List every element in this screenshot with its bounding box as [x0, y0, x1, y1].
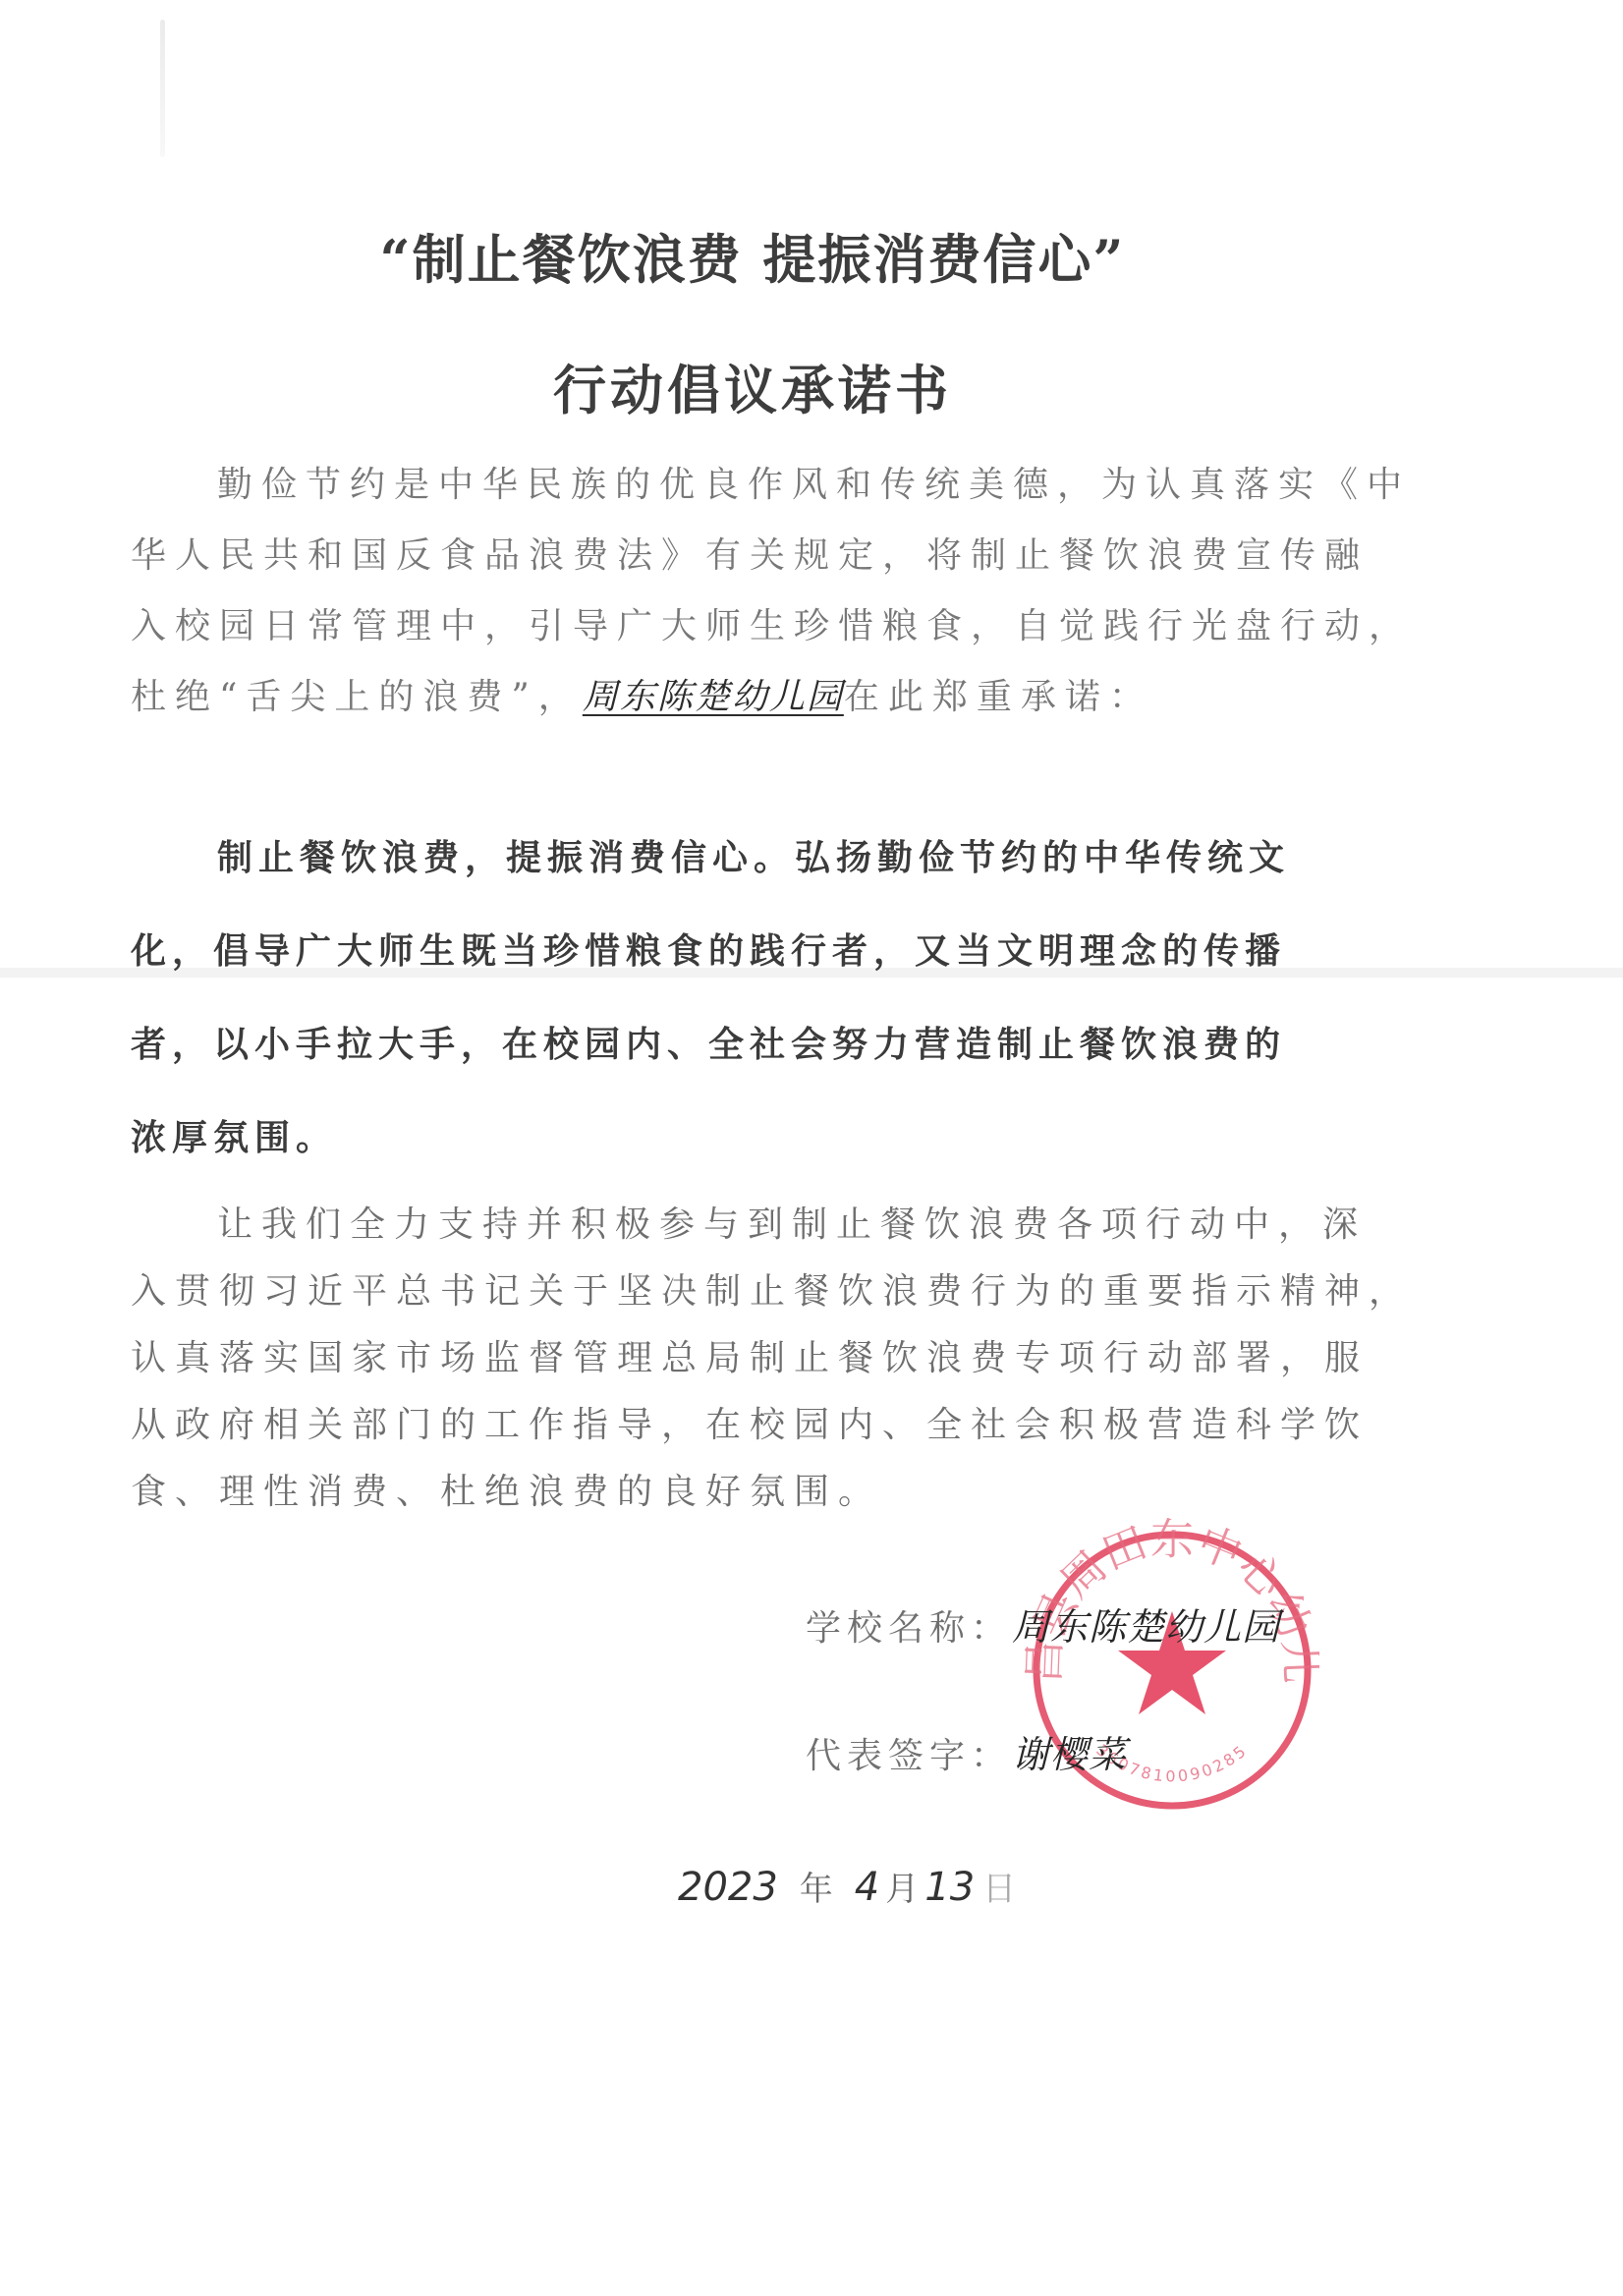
signing-date: 2023年4月13日 — [678, 1862, 1037, 1910]
date-month: 4 — [855, 1865, 879, 1910]
date-year-unit: 年 — [800, 1870, 833, 1909]
handwritten-school-name: 周东陈楚幼儿园 — [583, 677, 844, 717]
paragraph-line: 从政府相关部门的工作指导，在校园内、全社会积极营造科学饮 — [131, 1392, 1290, 1459]
representative-label: 代表签字： — [806, 1736, 1012, 1776]
paragraph-pledge: 制止餐饮浪费，提振消费信心。弘扬勤俭节约的中华传统文 化，倡导广大师生既当珍惜粮… — [131, 812, 1290, 1185]
paragraph-line: 制止餐饮浪费，提振消费信心。弘扬勤俭节约的中华传统文 — [131, 812, 1290, 905]
paragraph-line: 入校园日常管理中，引导广大师生珍惜粮食，自觉践行光盘行动， — [131, 591, 1290, 662]
paragraph-line-with-school: 杜绝“舌尖上的浪费”，周东陈楚幼儿园在此郑重承诺： — [131, 662, 1290, 733]
paragraph-line: 化，倡导广大师生既当珍惜粮食的践行者，又当文明理念的传播 — [131, 905, 1290, 998]
paragraph-intro: 勤俭节约是中华民族的优良作风和传统美德，为认真落实《中 华人民共和国反食品浪费法… — [131, 450, 1290, 733]
document-subtitle: 行动倡议承诺书 — [0, 349, 1564, 424]
paragraph-line: 食、理性消费、杜绝浪费的良好氛围。 — [131, 1459, 1290, 1526]
paragraph-line: 勤俭节约是中华民族的优良作风和传统美德，为认真落实《中 — [131, 450, 1290, 521]
paragraph-line: 者，以小手拉大手，在校园内、全社会努力营造制止餐饮浪费的 — [131, 998, 1290, 1092]
paragraph-line: 让我们全力支持并积极参与到制止餐饮浪费各项行动中，深 — [131, 1192, 1290, 1259]
date-year: 2023 — [678, 1865, 778, 1910]
representative-signature: 谢樱菜 — [1012, 1733, 1127, 1776]
school-name-handwritten: 周东陈楚幼儿园 — [1012, 1605, 1280, 1649]
representative-signature-field: 代表签字：谢樱菜 — [806, 1724, 1127, 1778]
document-title: “制止餐饮浪费 提振消费信心” — [0, 218, 1564, 294]
paragraph-line-tail: 在此郑重承诺： — [844, 677, 1153, 717]
paragraph-line: 认真落实国家市场监督管理总局制止餐饮浪费专项行动部署，服 — [131, 1325, 1290, 1392]
document-page: “制止餐饮浪费 提振消费信心” 行动倡议承诺书 勤俭节约是中华民族的优良作风和传… — [0, 0, 1623, 2296]
paragraph-line-head: 杜绝“舌尖上的浪费”， — [131, 677, 583, 717]
paragraph-line: 华人民共和国反食品浪费法》有关规定，将制止餐饮浪费宣传融 — [131, 521, 1290, 591]
paragraph-call-to-action: 让我们全力支持并积极参与到制止餐饮浪费各项行动中，深 入贯彻习近平总书记关于坚决… — [131, 1192, 1290, 1526]
paragraph-line: 入贯彻习近平总书记关于坚决制止餐饮浪费行为的重要指示精神， — [131, 1259, 1290, 1325]
date-day: 13 — [924, 1865, 975, 1910]
school-name-field: 学校名称：周东陈楚幼儿园 — [806, 1596, 1280, 1651]
date-day-unit: 日 — [982, 1870, 1016, 1909]
paragraph-line: 浓厚氛围。 — [131, 1092, 1290, 1185]
scan-artifact — [160, 20, 165, 157]
school-name-label: 学校名称： — [806, 1608, 1012, 1649]
date-month-unit: 月 — [885, 1870, 919, 1909]
